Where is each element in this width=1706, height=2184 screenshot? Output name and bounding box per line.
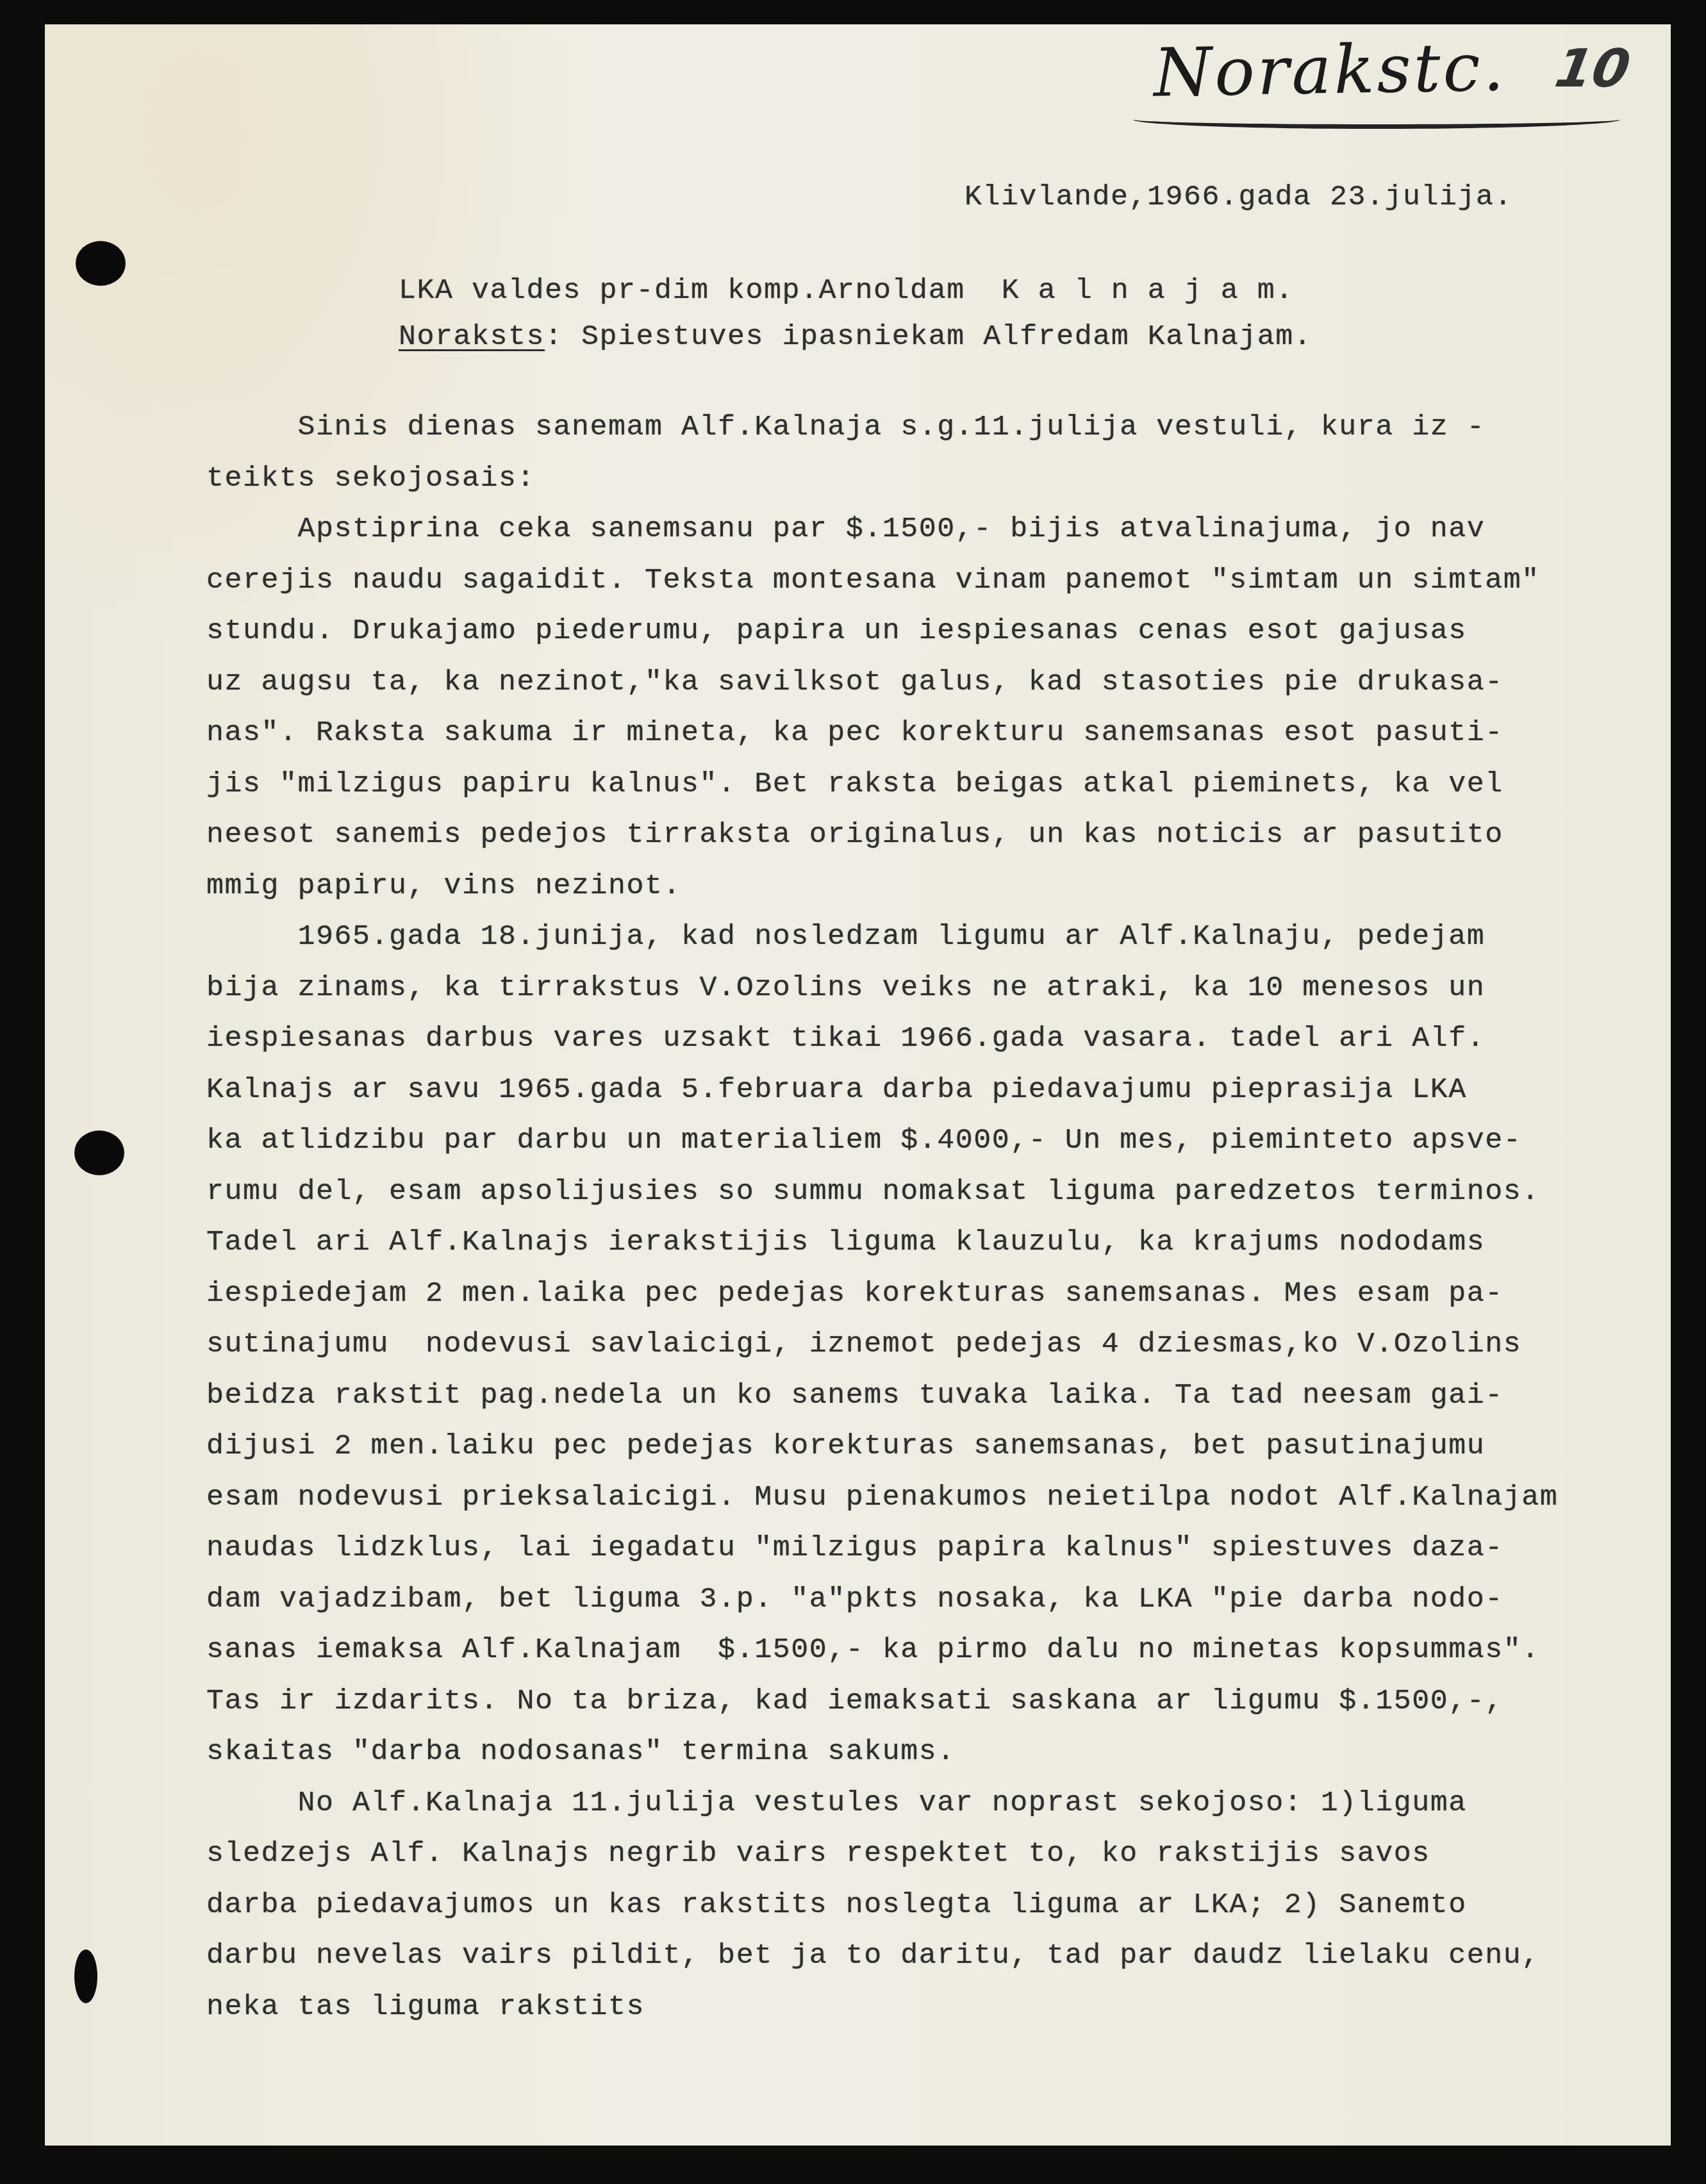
letter-body: Sinis dienas sanemam Alf.Kalnaja s.g.11.… [206, 402, 1558, 2032]
copy-recipient-line: Noraksts: Spiestuves ipasniekam Alfredam… [399, 320, 1312, 353]
body-line: neesot sanemis pedejos tirraksta origina… [206, 809, 1558, 861]
handwritten-copy-label: Norakstс. [1153, 28, 1507, 112]
body-line: ka atlidzibu par darbu un materialiem $.… [206, 1115, 1558, 1166]
punch-hole [74, 1130, 124, 1175]
punch-hole [76, 241, 126, 286]
body-line: nas". Raksta sakuma ir mineta, ka pec ko… [206, 707, 1558, 759]
body-line: rumu del, esam apsolijusies so summu nom… [206, 1166, 1558, 1218]
body-line: Kalnajs ar savu 1965.gada 5.februara dar… [206, 1064, 1558, 1116]
body-line: teikts sekojosais: [206, 453, 1558, 504]
body-line: darba piedavajumos un kas rakstits nosle… [206, 1880, 1558, 1931]
body-line: Apstiprina ceka sanemsanu par $.1500,- b… [206, 504, 1558, 555]
body-line: Tas ir izdarits. No ta briza, kad iemaks… [206, 1676, 1558, 1727]
body-line: sanas iemaksa Alf.Kalnajam $.1500,- ka p… [206, 1625, 1558, 1676]
body-line: cerejis naudu sagaidit. Teksta montesana… [206, 555, 1558, 606]
body-line: bija zinams, ka tirrakstus V.Ozolins vei… [206, 963, 1558, 1014]
body-line: dijusi 2 men.laiku pec pedejas korektura… [206, 1421, 1558, 1472]
copy-recipient: : Spiestuves ipasniekam Alfredam Kalnaja… [545, 320, 1312, 353]
body-line: skaitas "darba nodosanas" termina sakums… [206, 1726, 1558, 1778]
punch-hole [74, 1949, 97, 2003]
body-line: iespiedejam 2 men.laika pec pedejas kore… [206, 1268, 1558, 1319]
body-line: Sinis dienas sanemam Alf.Kalnaja s.g.11.… [206, 402, 1558, 453]
body-line: stundu. Drukajamo piederumu, papira un i… [206, 606, 1558, 657]
body-line: darbu nevelas vairs pildit, bet ja to da… [206, 1930, 1558, 1981]
body-line: uz augsu ta, ka nezinot,"ka savilksot ga… [206, 657, 1558, 708]
body-line: dam vajadzibam, bet liguma 3.p. "a"pkts … [206, 1574, 1558, 1625]
body-line: Tadel ari Alf.Kalnajs ierakstijis liguma… [206, 1217, 1558, 1268]
addressee-line: LKA valdes pr-dim komp.Arnoldam K a l n … [399, 274, 1294, 307]
body-line: beidza rakstit pag.nedela un ko sanems t… [206, 1370, 1558, 1421]
body-line: iespiesanas darbus vares uzsakt tikai 19… [206, 1013, 1558, 1064]
place-date: Klivlande,1966.gada 23.julija. [965, 181, 1512, 213]
body-line: 1965.gada 18.junija, kad nosledzam ligum… [206, 911, 1558, 963]
body-line: jis "milzigus papiru kalnus". Bet raksta… [206, 759, 1558, 810]
body-line: esam nodevusi prieksalaicigi. Musu piena… [206, 1472, 1558, 1523]
body-line: mmig papiru, vins nezinot. [206, 861, 1558, 912]
body-line: sutinajumu nodevusi savlaicigi, iznemot … [206, 1319, 1558, 1370]
body-line: No Alf.Kalnaja 11.julija vestules var no… [206, 1778, 1558, 1829]
copy-label: Noraksts [399, 320, 545, 353]
page-number: 10 [1551, 38, 1635, 99]
body-line: neka tas liguma rakstits [206, 1981, 1558, 2033]
body-line: sledzejs Alf. Kalnajs negrib vairs respe… [206, 1828, 1558, 1880]
body-line: naudas lidzklus, lai iegadatu "milzigus … [206, 1523, 1558, 1574]
handwritten-underline [1133, 110, 1620, 129]
